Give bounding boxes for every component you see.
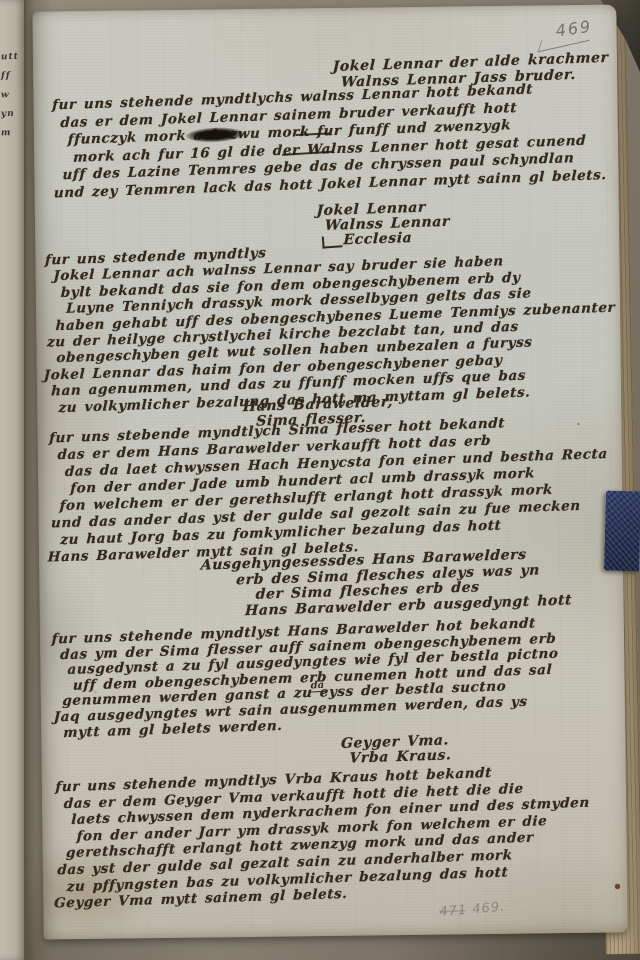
entry1-body: fur uns stehende myndtlychs walnss Lenna…	[49, 79, 611, 203]
manuscript-line: Vrba Kraus.	[349, 748, 452, 766]
blue-cloth-fragment	[604, 491, 640, 572]
facing-page-edge: uttffwynm	[0, 0, 26, 960]
manuscript-line: utt	[1, 48, 24, 68]
entry2-body: fur uns stedende myndtlysJokel Lennar ac…	[39, 233, 618, 416]
facing-page-text-fragments: uttffwynm	[1, 48, 23, 143]
ink-specks	[96, 311, 98, 313]
entry3-body: fur uns stebende myndtlych Sima flesser …	[44, 412, 609, 567]
photograph: uttffwynm 469 Jokel Lennar der alde krac…	[0, 0, 640, 960]
interlinear-insert: da	[308, 680, 326, 693]
manuscript-line: ff	[1, 67, 24, 87]
entry4-heading: Ausgehyngesessdes Hans Barawelderserb de…	[199, 546, 574, 620]
manuscript-line: w	[1, 86, 24, 106]
entry5-body: fur uns stehende myndtlys Vrba Kraus hot…	[51, 762, 591, 913]
red-speck	[615, 884, 620, 889]
manuscript-page: 469 Jokel Lennar der alde krachmerWalnss…	[32, 4, 627, 939]
entry4-body: fur uns stehende myndtlyst Hans Baraweld…	[48, 616, 560, 742]
manuscript-line: yn	[1, 105, 24, 125]
manuscript-line: m	[1, 124, 24, 144]
entry5-heading: Geyger Vma.Vrba Kraus.	[340, 733, 452, 767]
